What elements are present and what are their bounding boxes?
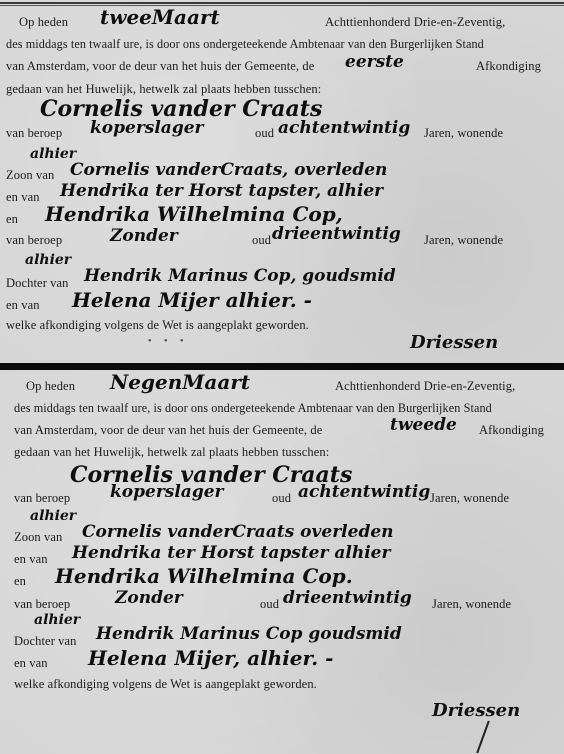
signature: Driessen xyxy=(432,700,520,721)
bride-label: en xyxy=(14,574,26,588)
bride-name: Hendrika Wilhelmina Cop. xyxy=(55,564,353,588)
bride-father-label: Dochter van xyxy=(14,634,77,648)
groom-mother: Hendrika ter Horst tapster, alhier xyxy=(60,181,383,201)
bride-occupation: Zonder xyxy=(115,588,183,608)
line-2: des middags ten twaalf ure, is door ons … xyxy=(6,37,484,51)
bride-father-label: Dochter van xyxy=(6,276,69,290)
groom-age: achtentwintig xyxy=(278,118,410,138)
date-handwritten: NegenMaart xyxy=(110,370,250,394)
groom-residence: alhier xyxy=(30,508,76,524)
ordinal-handwritten: tweede xyxy=(390,415,457,435)
groom-occupation: koperslager xyxy=(90,118,203,138)
bride-years-label: Jaren, wonende xyxy=(432,597,511,611)
bride-father: Hendrik Marinus Cop goudsmid xyxy=(96,624,402,644)
groom-mother-label: en van xyxy=(14,552,48,566)
signature: Driessen xyxy=(410,332,498,353)
groom-father-label: Zoon van xyxy=(6,168,54,182)
record-1: Op heden tweeMaart Achttienhonderd Drie-… xyxy=(0,0,564,363)
groom-father: Cornelis vanderCraats overleden xyxy=(82,522,394,542)
bride-occupation-label: van beroep xyxy=(14,597,70,611)
top-rule-thin xyxy=(0,5,564,6)
line-3-prefix: van Amsterdam, voor de deur van het huis… xyxy=(6,59,314,73)
closing-text: welke afkondiging volgens de Wet is aang… xyxy=(6,318,309,332)
groom-father: Cornelis vanderCraats, overleden xyxy=(70,160,387,180)
groom-occupation-label: van beroep xyxy=(6,126,62,140)
groom-age: achtentwintig xyxy=(298,482,430,502)
bride-mother: Helena Mijer, alhier. - xyxy=(88,646,333,670)
bride-mother-label: en van xyxy=(14,656,48,670)
groom-years-label: Jaren, wonende xyxy=(430,491,509,505)
afkondiging-label: Afkondiging xyxy=(476,59,541,73)
year-text: Achttienhonderd Drie-en-Zeventig, xyxy=(335,379,515,393)
groom-age-label: oud xyxy=(272,491,291,505)
bride-occupation: Zonder xyxy=(110,226,178,246)
groom-years-label: Jaren, wonende xyxy=(424,126,503,140)
bride-mother-label: en van xyxy=(6,298,40,312)
date-handwritten: tweeMaart xyxy=(100,5,220,29)
bride-age: drieentwintig xyxy=(272,224,401,244)
groom-mother: Hendrika ter Horst tapster alhier xyxy=(72,543,390,563)
groom-age-label: oud xyxy=(255,126,274,140)
bride-residence: alhier xyxy=(25,252,71,268)
groom-father-label: Zoon van xyxy=(14,530,62,544)
line-4: gedaan van het Huwelijk, hetwelk zal pla… xyxy=(6,82,321,96)
top-rule xyxy=(0,2,564,4)
ordinal-handwritten: eerste xyxy=(345,52,404,72)
closing-text: welke afkondiging volgens de Wet is aang… xyxy=(14,677,317,691)
bride-age: drieentwintig xyxy=(283,588,412,608)
record-2: Op heden NegenMaart Achttienhonderd Drie… xyxy=(0,370,564,754)
line-4: gedaan van het Huwelijk, hetwelk zal pla… xyxy=(14,445,329,459)
bride-years-label: Jaren, wonende xyxy=(424,233,503,247)
line-3-prefix: van Amsterdam, voor de deur van het huis… xyxy=(14,423,322,437)
bride-age-label: oud xyxy=(252,233,271,247)
separator-dots: • • • xyxy=(148,336,189,347)
afkondiging-label: Afkondiging xyxy=(479,423,544,437)
year-text: Achttienhonderd Drie-en-Zeventig, xyxy=(325,15,505,29)
groom-occupation-label: van beroep xyxy=(14,491,70,505)
record-divider xyxy=(0,363,564,370)
bride-age-label: oud xyxy=(260,597,279,611)
groom-occupation: koperslager xyxy=(110,482,223,502)
bride-father: Hendrik Marinus Cop, goudsmid xyxy=(84,266,396,286)
signature-flourish xyxy=(476,721,490,754)
groom-mother-label: en van xyxy=(6,190,40,204)
bride-occupation-label: van beroep xyxy=(6,233,62,247)
bride-mother: Helena Mijer alhier. - xyxy=(72,288,312,312)
line-2: des middags ten twaalf ure, is door ons … xyxy=(14,401,492,415)
bride-label: en xyxy=(6,212,18,226)
bride-name: Hendrika Wilhelmina Cop, xyxy=(45,202,343,226)
op-heden-label: Op heden xyxy=(19,15,68,29)
op-heden-label: Op heden xyxy=(26,379,75,393)
bride-residence: alhier xyxy=(34,612,80,628)
